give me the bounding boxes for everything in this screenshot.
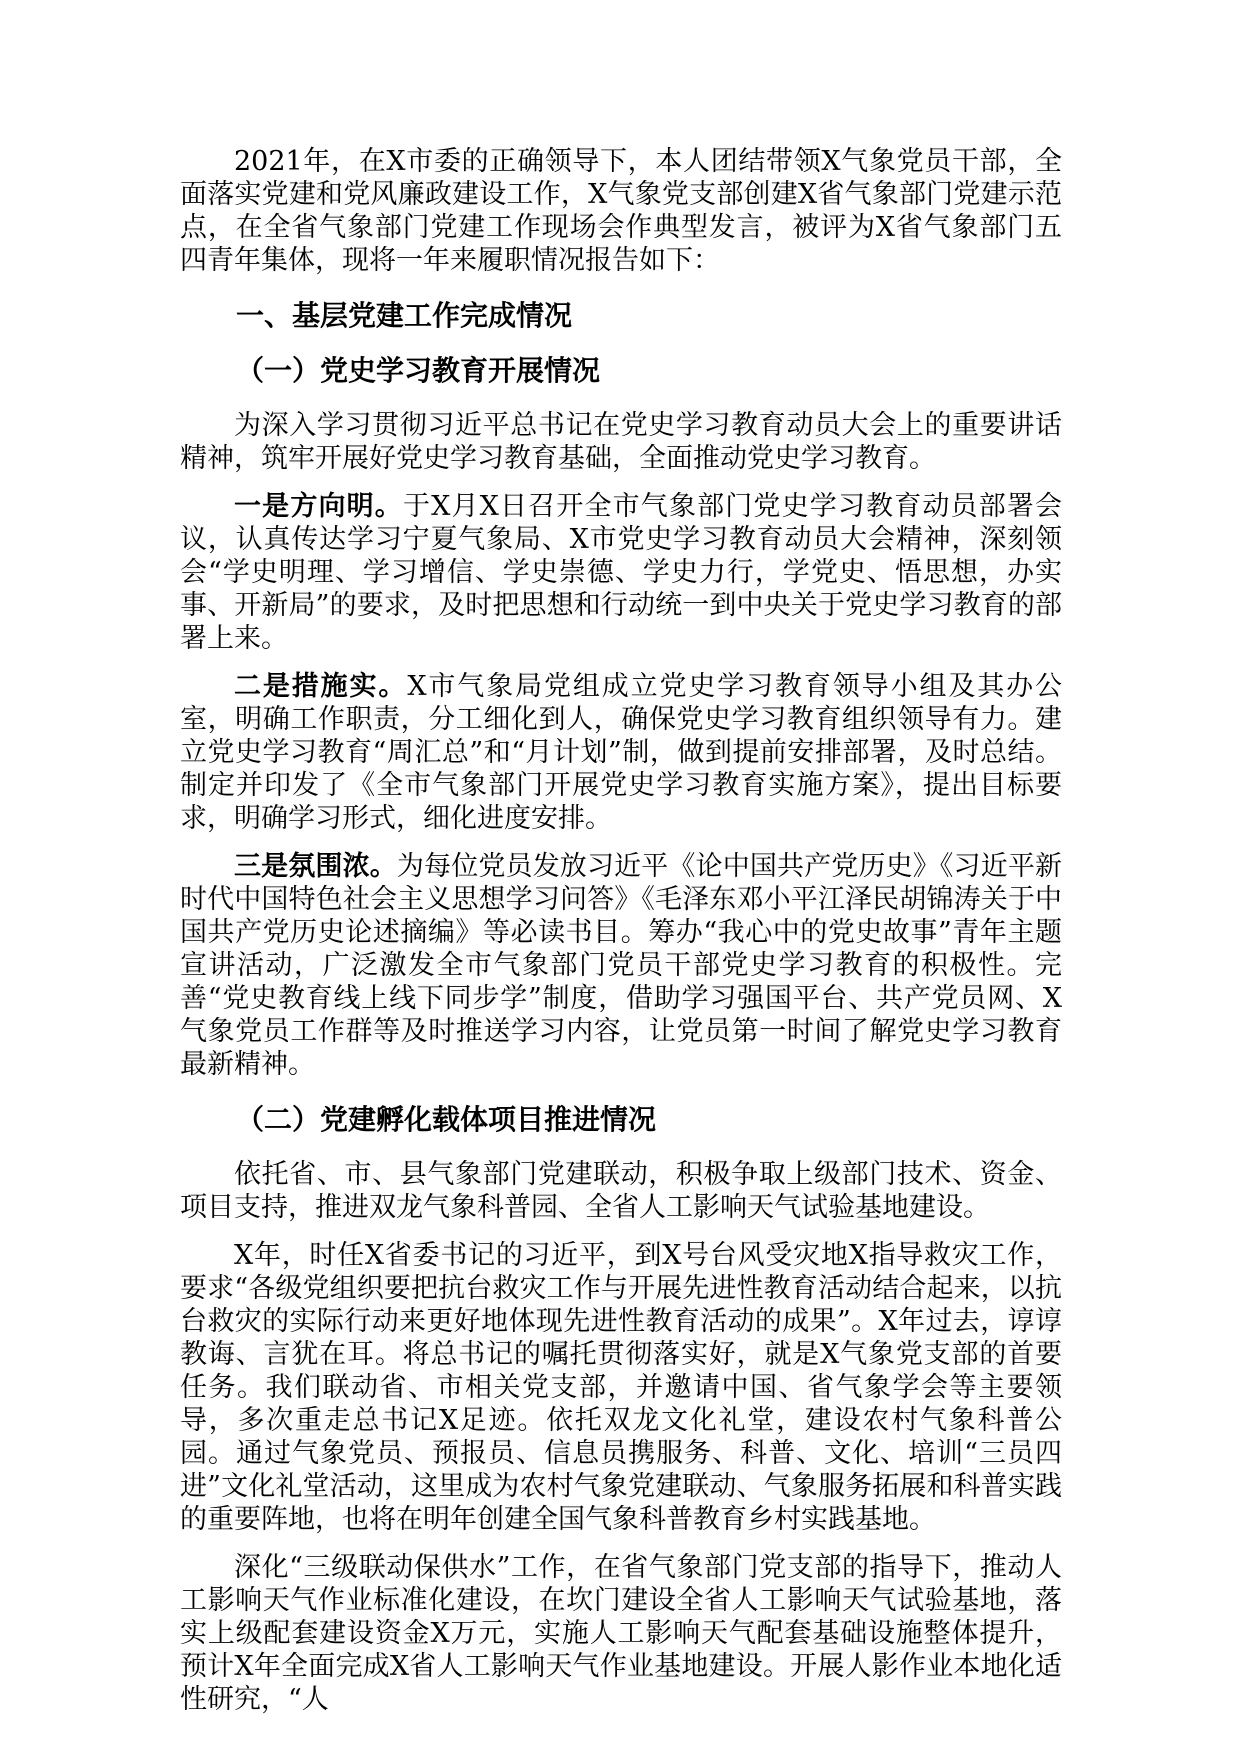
point-paragraph-2: 二是措施实。X市气象局党组成立党史学习教育领导小组及其办公室，明确工作职责，分工…: [180, 670, 1062, 835]
document-page: 2021年，在X市委的正确领导下，本人团结带领X气象党员干部，全面落实党建和党风…: [0, 0, 1240, 1754]
point-paragraph-1: 一是方向明。于X月X日召开全市气象部门党史学习教育动员部署会议，认真传达学习宁夏…: [180, 490, 1062, 655]
point-3-text: 为每位党员发放习近平《论中国共产党历史》《习近平新时代中国特色社会主义思想学习问…: [180, 851, 1062, 1080]
point-3-lead: 三是氛围浓。: [234, 851, 397, 882]
subsection-1-2-paragraph-2: X年，时任X省委书记的习近平，到X号台风受灾地X指导救灾工作，要求“各级党组织要…: [180, 1239, 1062, 1536]
intro-paragraph: 2021年，在X市委的正确领导下，本人团结带领X气象党员干部，全面落实党建和党风…: [180, 145, 1062, 277]
section-1-heading: 一、基层党建工作完成情况: [180, 299, 1062, 332]
subsection-1-2-heading: （二）党建孵化载体项目推进情况: [180, 1103, 1062, 1136]
point-paragraph-3: 三是氛围浓。为每位党员发放习近平《论中国共产党历史》《习近平新时代中国特色社会主…: [180, 850, 1062, 1081]
subsection-1-2-paragraph-3: 深化“三级联动保供水”工作，在省气象部门党支部的指导下，推动人工影响天气作业标准…: [180, 1551, 1062, 1716]
point-2-lead: 二是措施实。: [234, 671, 407, 702]
subsection-1-1-heading: （一）党史学习教育开展情况: [180, 354, 1062, 387]
point-1-lead: 一是方向明。: [234, 491, 403, 522]
subsection-1-2-paragraph-1: 依托省、市、县气象部门党建联动，积极争取上级部门技术、资金、项目支持，推进双龙气…: [180, 1158, 1062, 1224]
subsection-1-1-intro-paragraph: 为深入学习贯彻习近平总书记在党史学习教育动员大会上的重要讲话精神，筑牢开展好党史…: [180, 409, 1062, 475]
